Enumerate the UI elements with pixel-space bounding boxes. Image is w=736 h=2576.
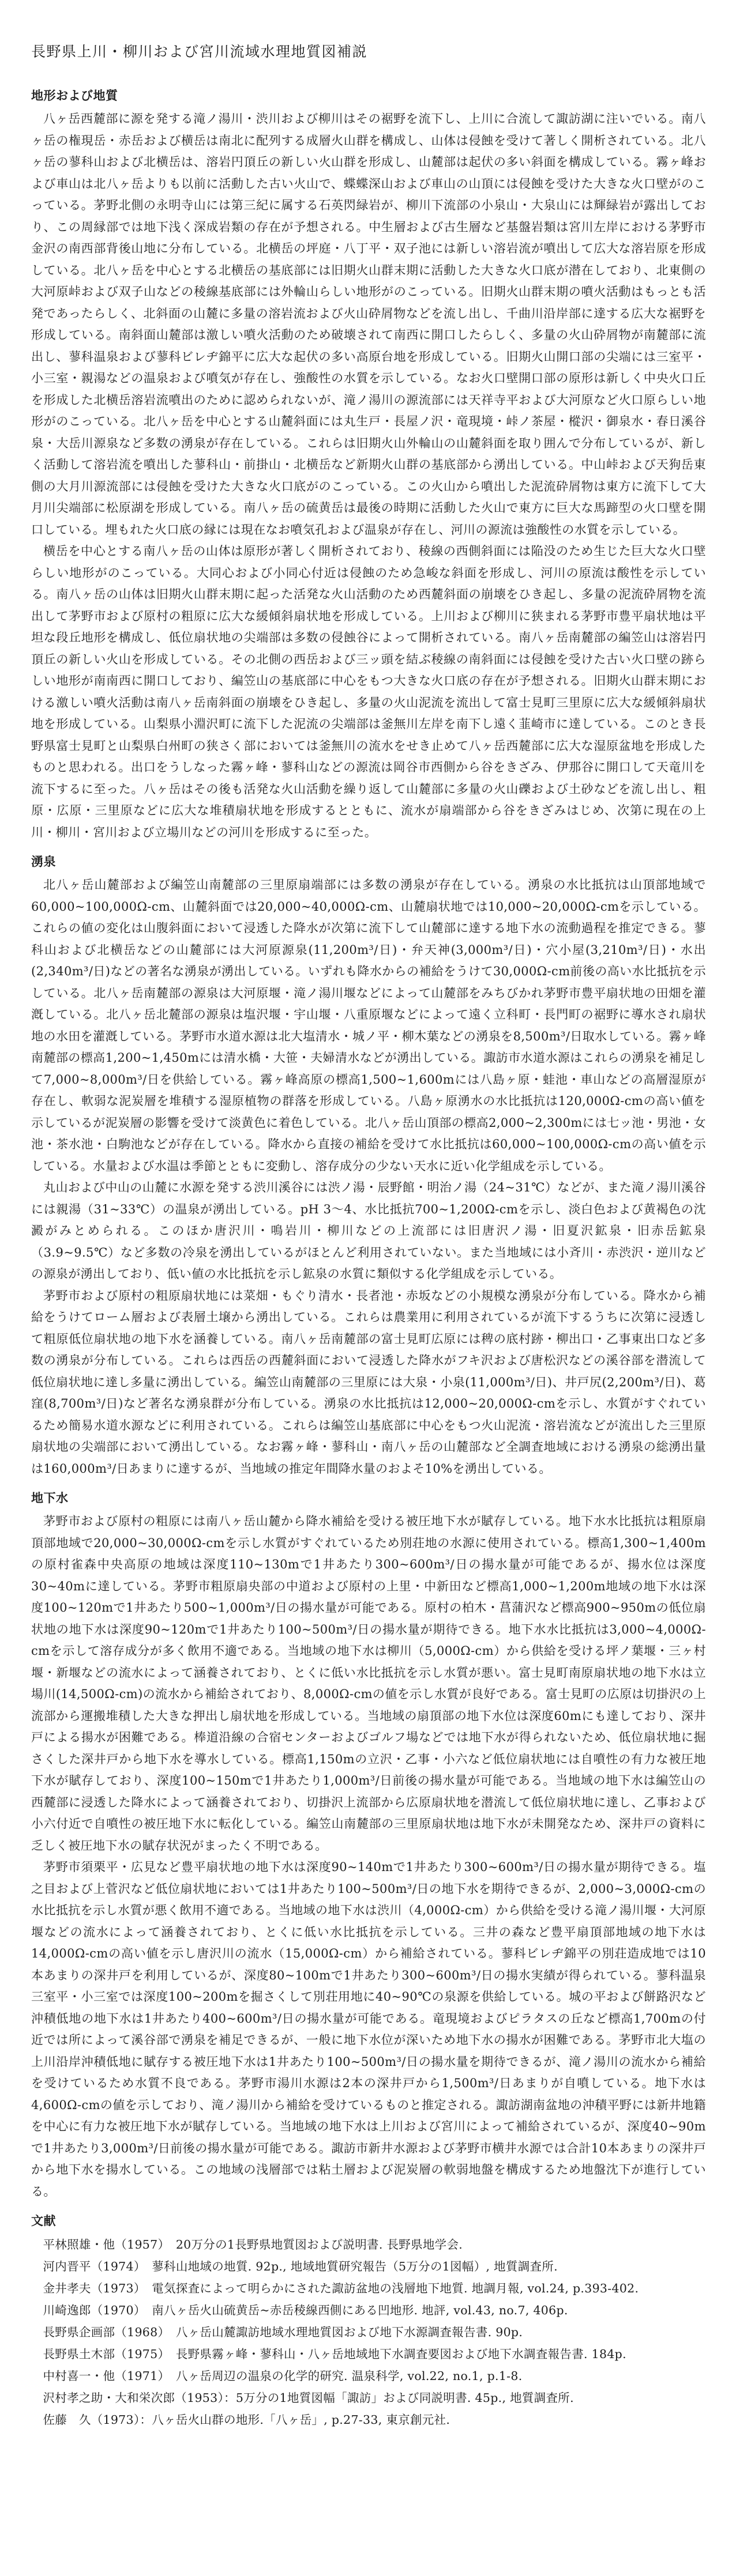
paragraph-springs-3: 茅野市および原村の粗原扇状地には菜畑・もぐり清水・長者池・赤坂などの小規模な湧泉… [31,1285,706,1480]
section-references: 文献 平林照雄・他（1957） 20万分の1長野県地質図および説明書. 長野県地… [31,2212,706,2431]
reference-entry: 長野県土木部（1975） 長野県霧ヶ峰・蓼科山・八ヶ岳地域地下水調査要図および地… [31,2343,706,2365]
reference-entry: 川崎逸郎（1970） 南八ヶ岳火山硫黄岳~赤岳稜線西側にある凹地形. 地評, v… [31,2299,706,2321]
reference-entry: 河内晋平（1974） 蓼科山地域の地質. 92p., 地域地質研究報告（5万分の… [31,2256,706,2277]
section-heading-references: 文献 [31,2212,706,2229]
reference-entry: 金井孝夫（1973） 電気探査によって明らかにされた諏訪盆地の浅層地下地質. 地… [31,2277,706,2299]
section-heading-springs: 湧泉 [31,853,706,870]
reference-entry: 佐藤 久（1973）：八ヶ岳火山群の地形.「八ヶ岳」, p.27-33, 東京創… [31,2409,706,2431]
paragraph-groundwater-2: 茅野市須栗平・広見など豊平扇状地の地下水は深度90~140mで1井あたり300~… [31,1857,706,2202]
section-groundwater: 地下水 茅野市および原村の粗原には南八ヶ岳山麓から降水補給を受ける被圧地下水が賦… [31,1489,706,2202]
reference-entry: 平林照雄・他（1957） 20万分の1長野県地質図および説明書. 長野県地学会. [31,2234,706,2256]
section-heading-groundwater: 地下水 [31,1489,706,1506]
reference-entry: 沢村孝之助・大和栄次郎（1953）：5万分の1地質図幅「諏訪」および同説明書. … [31,2387,706,2409]
document-page: 長野県上川・柳川および宮川流域水理地質図補説 地形および地質 八ヶ岳西麓部に源を… [0,0,736,2576]
paragraph-groundwater-1: 茅野市および原村の粗原には南八ヶ岳山麓から降水補給を受ける被圧地下水が賦存してい… [31,1511,706,1857]
page-title: 長野県上川・柳川および宮川流域水理地質図補説 [31,40,706,61]
paragraph-topography-geology-2: 横岳を中心とする南八ヶ岳の山体は原形が著しく開析されており、稜線の西側斜面には陥… [31,541,706,843]
reference-list: 平林照雄・他（1957） 20万分の1長野県地質図および説明書. 長野県地学会.… [31,2234,706,2431]
reference-entry: 長野県企画部（1968） 八ヶ岳山麓諏訪地域水理地質図および地下水源調査報告書.… [31,2321,706,2343]
section-springs: 湧泉 北八ヶ岳山麓部および編笠山南麓部の三里原扇端部には多数の湧泉が存在している… [31,853,706,1480]
paragraph-topography-geology-1: 八ヶ岳西麓部に源を発する滝ノ湯川・渋川および柳川はその裾野を流下し、上川に合流し… [31,108,706,541]
section-topography-geology: 地形および地質 八ヶ岳西麓部に源を発する滝ノ湯川・渋川および柳川はその裾野を流下… [31,86,706,843]
section-heading-topography-geology: 地形および地質 [31,86,706,104]
reference-entry: 中村喜一・他（1971） 八ヶ岳周辺の温泉の化学的研究. 温泉科学, vol.2… [31,2365,706,2387]
paragraph-springs-1: 北八ヶ岳山麓部および編笠山南麓部の三里原扇端部には多数の湧泉が存在している。湧泉… [31,874,706,1177]
paragraph-springs-2: 丸山および中山の山麓に水源を発する渋川溪谷には渋ノ湯・辰野館・明治ノ湯（24~3… [31,1177,706,1285]
